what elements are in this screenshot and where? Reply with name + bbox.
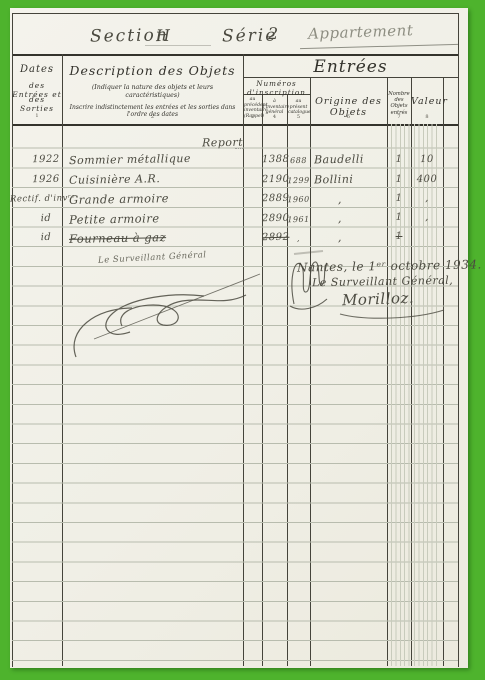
row4-origine-ditto: , <box>310 211 370 225</box>
nombre-header: Nombre des Objets entrés <box>387 91 411 116</box>
row4-date: id <box>28 213 64 225</box>
description-header-title: Description des Objets <box>62 63 243 78</box>
colnum-valeur: 8 <box>411 114 443 120</box>
table-right-border <box>458 13 459 667</box>
valeur-header: Valeur <box>411 96 443 107</box>
row5-date: id <box>28 232 64 244</box>
row4-valeur-ditto: , <box>411 212 443 224</box>
report-leader-dots <box>235 148 243 149</box>
row5-num-catalogue: , <box>287 234 310 243</box>
row2-nombre: 1 <box>387 174 411 185</box>
category-value: Appartement <box>308 21 414 43</box>
row2-valeur: 400 <box>411 174 443 186</box>
row4-description: Petite armoire <box>69 211 160 227</box>
row3-num-general: 2889 <box>262 193 287 204</box>
description-header-subtitle: (Indiquer la nature des objets et leurs … <box>67 84 238 99</box>
colnum-nombre: 7 <box>387 114 411 120</box>
section-fill-line <box>145 45 211 46</box>
row4-num-general: 2890 <box>262 213 287 224</box>
colnum-general: 4 <box>262 114 287 120</box>
row1-origine: Baudelli <box>314 153 364 167</box>
row2-num-general: 2190 <box>262 174 287 185</box>
scanned-ledger-screenshot: Section H Série 2 Appartement Entrées Da… <box>0 0 485 680</box>
valeur-money-ruling <box>414 124 440 666</box>
colnum-rappel: 3 <box>243 114 262 120</box>
row5-num-general: 2892 <box>262 232 287 243</box>
row1-nombre: 1 <box>387 154 411 165</box>
row1-num-catalogue: 688 <box>287 156 310 165</box>
right-signature-role: Le Surveillant Général, <box>312 274 453 289</box>
row3-date: Rectif. d'invʳᵉ <box>10 194 64 205</box>
row1-num-general: 1388 <box>262 154 287 165</box>
row3-valeur-ditto: , <box>411 193 443 205</box>
row3-description: Grande armoire <box>69 191 169 207</box>
row3-origine-ditto: , <box>310 192 370 206</box>
page-top-border <box>12 13 459 14</box>
entrees-title: Entrées <box>243 57 458 77</box>
row5-description: Fourneau à gaz <box>69 230 166 246</box>
colnum-catalogue: 5 <box>287 114 310 120</box>
nombre-money-ruling <box>391 124 410 666</box>
row2-num-catalogue: 1299 <box>287 176 310 185</box>
colnum-description: 2 <box>62 114 243 120</box>
row4-num-catalogue: 1961 <box>287 215 310 224</box>
colnum-dates: 1 <box>12 113 62 119</box>
row2-description: Cuisinière A.R. <box>69 172 160 187</box>
numeros-title: Numéros d'inscription <box>243 80 310 97</box>
serie-value: 2 <box>268 24 279 43</box>
dates-header-line3: des Sorties <box>12 95 62 113</box>
row4-nombre: 1 <box>387 212 411 223</box>
section-value: H <box>156 26 171 45</box>
row2-date: 1926 <box>28 174 64 186</box>
row1-description: Sommier métallique <box>69 152 191 167</box>
row1-date: 1922 <box>28 154 64 166</box>
dates-header-line1: Dates <box>12 64 62 76</box>
category-underline <box>300 44 458 49</box>
row5-origine-ditto: , <box>310 230 370 244</box>
ledger-page: Section H Série 2 Appartement Entrées Da… <box>10 8 468 668</box>
row1-valeur: 10 <box>411 154 443 166</box>
row5-nombre: 1 <box>387 231 411 242</box>
table-top-border <box>12 54 459 56</box>
right-signature-name: Morilloz. <box>342 289 415 310</box>
row3-num-catalogue: 1960 <box>287 195 310 204</box>
row3-nombre: 1 <box>387 193 411 204</box>
row2-origine: Bollini <box>314 173 354 187</box>
colnum-origine: 6 <box>310 114 387 120</box>
